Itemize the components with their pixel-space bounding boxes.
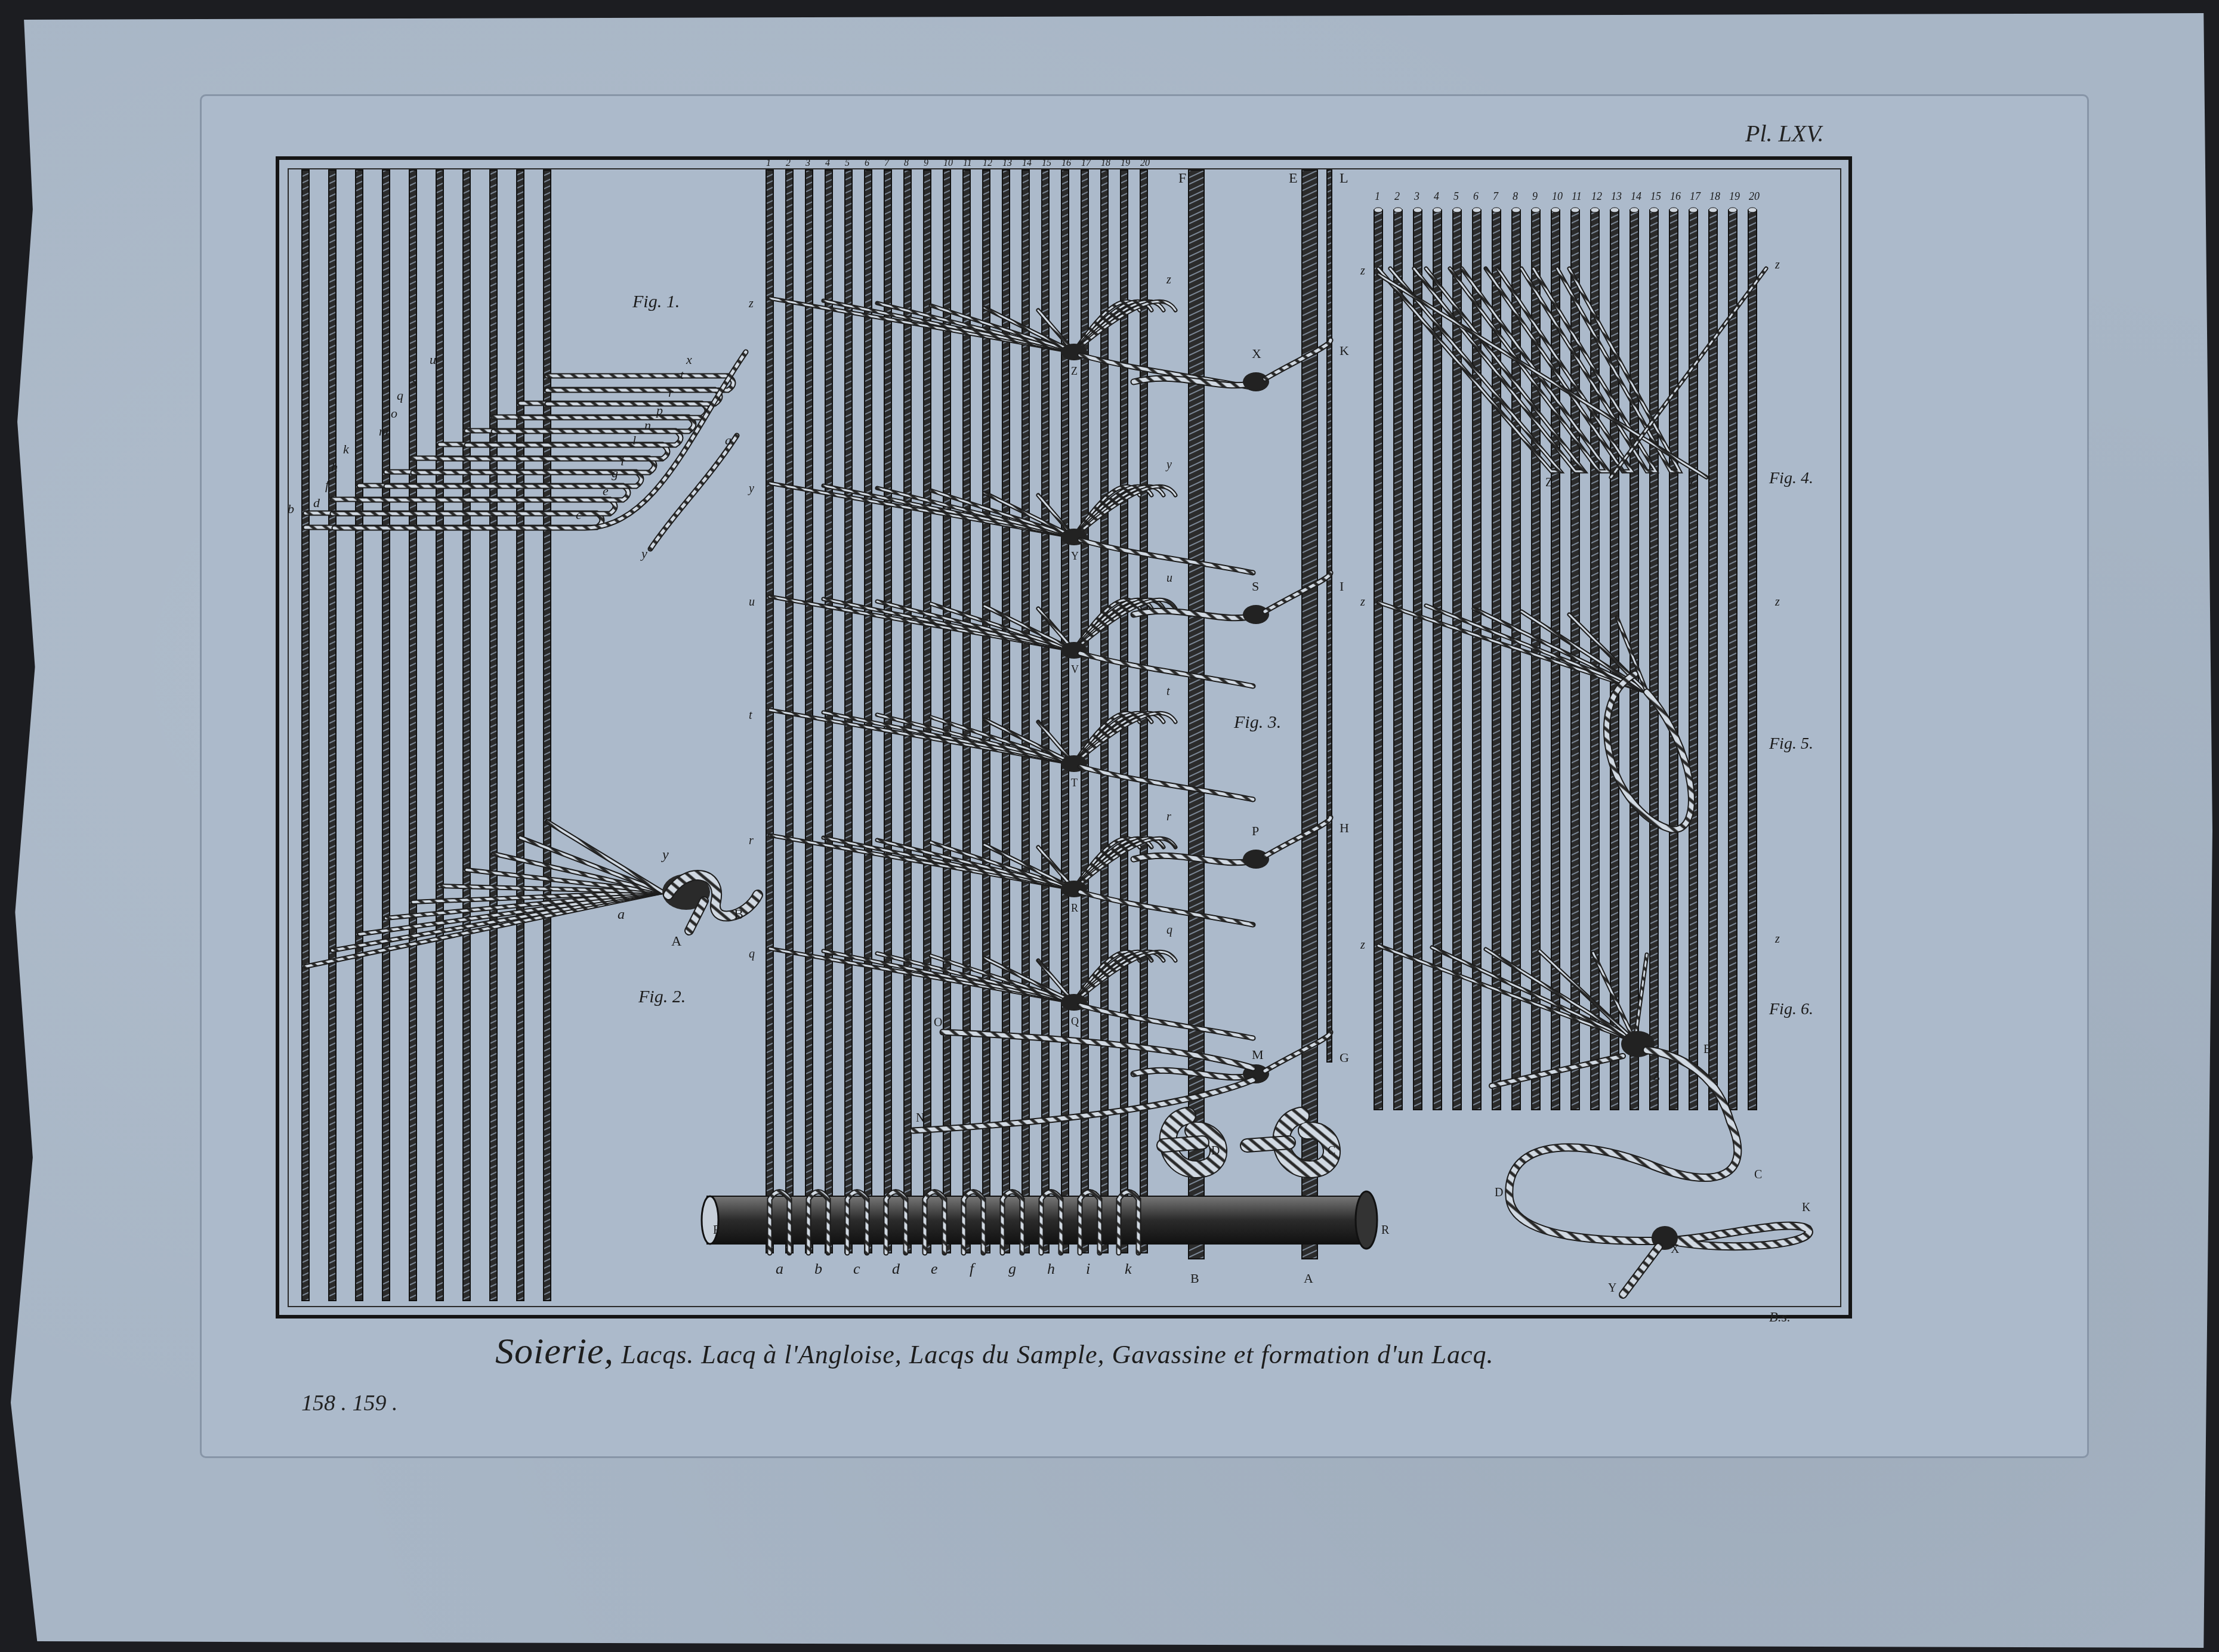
plate-caption: Soierie, Lacqs. Lacq à l'Angloise, Lacqs… [495,1330,1689,1373]
fig3-knot-label: Q [1071,1015,1079,1027]
engraver-mark: B.s. [1769,1310,1791,1326]
fig3-column-number: 17 [1081,158,1091,168]
fig3-column-number: 5 [845,158,850,168]
fig5-point-label: z [1774,595,1780,609]
fig6-point-label: z [1360,938,1365,952]
figure-label-1: Fig. 1. [632,292,680,311]
fig3-column-number: 19 [1121,158,1130,168]
fig1-point-label: m [379,424,388,439]
fig3-side-knot-label: G [1340,1050,1349,1065]
fig1-point-label: u [430,352,436,367]
fig3-knot-label: V [1071,663,1079,675]
fig1-point-label: r [668,385,674,400]
fig3-cross-knot-label: P [1252,823,1259,838]
fig3-bottom-letter: a [776,1260,783,1277]
fig3-cross-knot-label: S [1252,579,1259,594]
fig3-right-label: u [1166,572,1172,585]
fig6-point-label: z [1774,932,1780,946]
fig4-column-number: 14 [1631,190,1641,202]
fig3-bottom-letter: k [1125,1260,1132,1277]
fig3-column-number: 8 [904,158,909,168]
fig3-knot-label: T [1071,777,1078,789]
fig3-side-knot-label: H [1340,820,1349,835]
fig3-column-number: 4 [825,158,830,168]
fig3-left-label: r [749,834,754,847]
fig4-column-number: 2 [1394,190,1400,202]
fig4-column-number: 15 [1650,190,1661,202]
fig1-point-label: y [640,546,647,561]
fig3-bottom-cord-label: A [1304,1271,1313,1286]
fig4-column-number: 10 [1552,190,1563,202]
fig3-bottom-letter: i [1086,1260,1090,1277]
page-reference: 158 . 159 . [301,1390,398,1416]
fig3-cord-label: F [1178,171,1186,186]
fig3-left-label: q [749,947,755,961]
fig3-side-knot-label: K [1340,343,1349,358]
fig5-point-label: z [1360,595,1365,609]
fig3-column-number: 6 [865,158,869,168]
fig3-knot-label: R [1071,902,1078,914]
fig4-column-number: 8 [1513,190,1518,202]
fig3-cord-label: L [1340,171,1348,186]
fig2-point-label: a [618,907,625,922]
fig3-cross-knot-label: M [1252,1047,1264,1062]
fig4-column-number: 12 [1591,190,1602,202]
fig3-bottom-letter: f [970,1260,976,1277]
fig3-bottom-letter: g [1008,1260,1016,1277]
fig3-column-number: 16 [1061,158,1071,168]
fig1-point-label: l [632,433,636,447]
fig1-point-label: g [612,465,618,480]
figure-label-5: Fig. 5. [1769,734,1813,753]
fig1-point-label: e [603,483,609,498]
fig3-cord-label: E [1289,171,1298,186]
fig4-point-label: Z [1545,476,1553,489]
fig1-point-label: x [686,352,692,367]
caption-text: Lacqs. Lacq à l'Angloise, Lacqs du Sampl… [621,1340,1493,1369]
fig2-point-label: A [671,934,682,949]
fig6-point-label: B [1703,1043,1711,1056]
fig3-bottom-letter: e [931,1260,938,1277]
fig1-point-label: n [644,418,651,433]
fig3-knot-label: Z [1071,365,1078,377]
fig1-point-label: k [343,441,350,456]
fig4-column-number: 4 [1434,190,1439,202]
fig4-column-number: 7 [1493,190,1499,202]
fig3-column-number: 7 [884,158,890,168]
caption-lead: Soierie, [495,1331,614,1372]
fig3-loop-label: C [1328,1144,1335,1157]
fig3-column-number: 12 [983,158,992,168]
fig3-column-number: 1 [766,158,771,168]
fig2-point-label: y [661,847,669,863]
figure-label-2: Fig. 2. [638,987,686,1006]
fig4-column-number: 9 [1532,190,1538,202]
fig1-point-label: q [397,388,403,403]
figure-1-2-group [302,170,758,1301]
figure-4-5-6-group [1374,208,1809,1295]
fig4-column-number: 13 [1611,190,1622,202]
fig3-cross-knot-label: X [1252,346,1261,361]
fig3-bottom-letter: d [892,1260,900,1277]
fig6-point-label: X [1671,1243,1680,1256]
fig1-point-label: i [621,453,624,468]
fig3-line-label: N [916,1111,924,1125]
fig3-column-number: 18 [1101,158,1110,168]
fig3-column-number: 15 [1042,158,1051,168]
fig1-point-label: s [412,373,417,388]
fig3-column-number: 20 [1140,158,1150,168]
fig4-point-label: z [1774,258,1780,271]
fig3-knot-label: Y [1071,550,1079,562]
fig2-point-label: B [734,907,743,922]
fig3-left-label: y [748,482,754,495]
fig3-left-label: u [749,595,755,609]
fig4-column-number: 1 [1375,190,1380,202]
fig3-bottom-letter: h [1047,1260,1055,1277]
fig3-loop-label: D [1211,1144,1220,1157]
fig3-bottom-cord-label: B [1190,1271,1199,1286]
fig4-column-number: 18 [1709,190,1720,202]
fig3-column-number: 10 [943,158,953,168]
fig4-point-label: Z [1689,476,1696,489]
figure-label-3: Fig. 3. [1233,712,1281,732]
fig1-point-label: o [391,406,397,421]
figure-label-4: Fig. 4. [1769,469,1813,487]
fig6-point-label: C [1754,1168,1762,1181]
figure-label-6: Fig. 6. [1769,1000,1813,1018]
fig4-column-number: 6 [1473,190,1479,202]
fig1-point-label: h [331,459,338,474]
fig1-point-label: a [725,433,732,447]
fig1-point-label: d [313,495,320,510]
fig6-point-label: Y [1608,1282,1616,1295]
fig3-bottom-letter: b [814,1260,822,1277]
fig4-column-number: 19 [1729,190,1740,202]
fig4-column-number: 3 [1414,190,1419,202]
fig4-point-label: z [1360,264,1365,277]
fig4-column-number: 20 [1749,190,1760,202]
fig3-column-number: 2 [786,158,791,168]
fig4-column-number: 16 [1670,190,1681,202]
fig6-point-label: Z [1653,1070,1660,1083]
fig3-bottom-letter: c [853,1260,860,1277]
fig3-right-label: z [1166,273,1171,286]
fig3-line-label: O [934,1016,942,1029]
fig1-point-label: b [288,501,294,516]
fig3-column-number: 13 [1002,158,1012,168]
fig3-column-number: 11 [963,158,972,168]
fig3-column-number: 9 [924,158,928,168]
fig6-point-label: D [1495,1186,1503,1199]
fig4-column-number: 5 [1453,190,1459,202]
fig3-column-number: 14 [1022,158,1032,168]
fig3-side-knot-label: I [1340,579,1344,594]
fig3-left-label: z [748,297,754,310]
roller-label: R [1381,1224,1390,1237]
fig3-column-number: 3 [805,158,810,168]
fig1-point-label: c [576,507,582,522]
fig3-right-label: y [1165,458,1172,471]
fig3-right-label: t [1166,685,1170,698]
fig6-point-label: K [1802,1201,1811,1214]
fig3-left-label: t [749,709,752,722]
roller-label: R [713,1224,721,1237]
fig3-right-label: r [1166,810,1171,823]
fig1-point-label: t [680,367,684,382]
fig1-point-label: p [655,403,663,418]
fig4-column-number: 17 [1690,190,1701,202]
fig3-right-label: q [1166,924,1172,937]
fig4-column-number: 11 [1572,190,1582,202]
